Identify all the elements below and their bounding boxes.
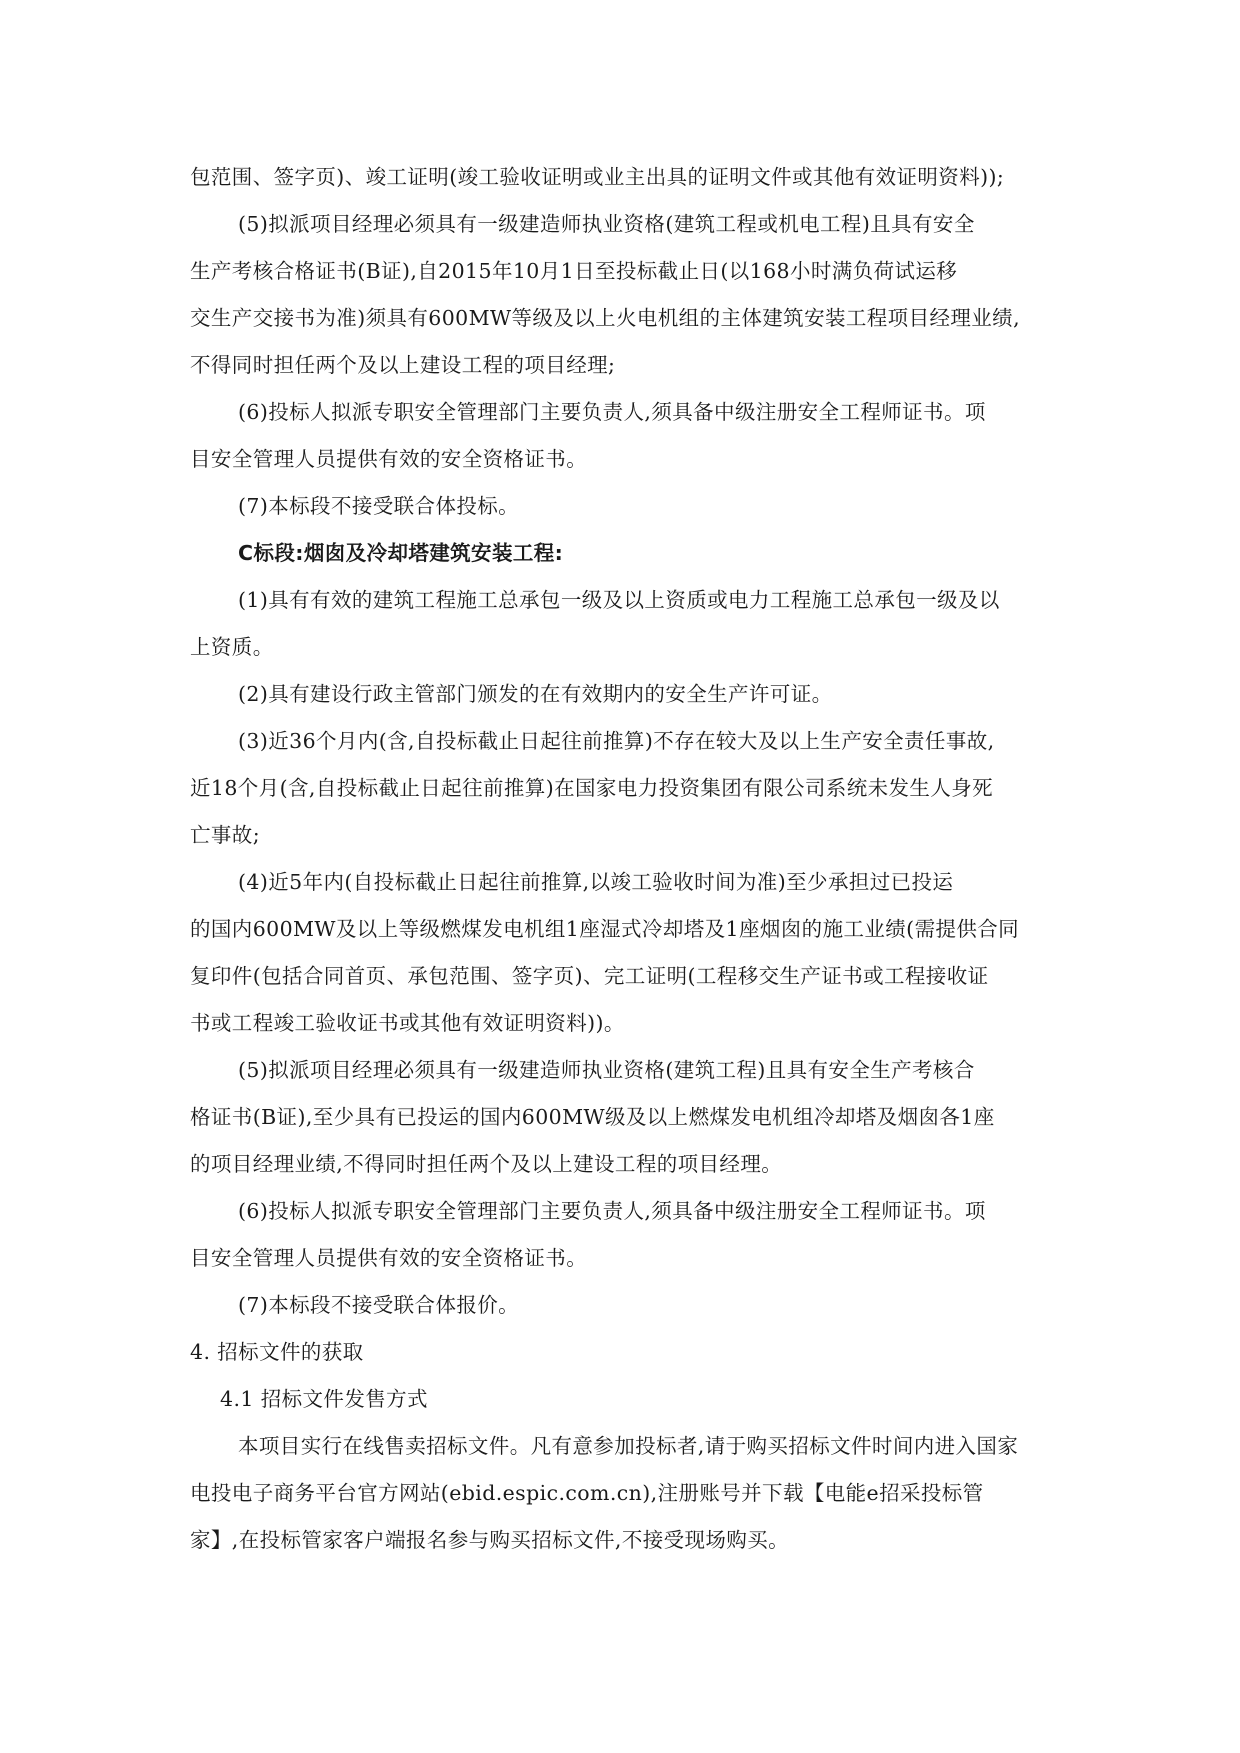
text-line: 上资质。	[190, 630, 1058, 677]
document-page: 包范围、签字页)、竣工证明(竣工验收证明或业主出具的证明文件或其他有效证明资料)…	[190, 160, 1058, 1570]
section-heading-c: C标段:烟囱及冷却塔建筑安装工程:	[190, 536, 1058, 583]
text-line: 家】,在投标管家客户端报名参与购买招标文件,不接受现场购买。	[190, 1523, 1058, 1570]
text-line: (5)拟派项目经理必须具有一级建造师执业资格(建筑工程)且具有安全生产考核合	[190, 1053, 1058, 1100]
text-line: 目安全管理人员提供有效的安全资格证书。	[190, 442, 1058, 489]
text-line: 格证书(B证),至少具有已投运的国内600MW级及以上燃煤发电机组冷却塔及烟囱各…	[190, 1100, 1058, 1147]
text-line: 电投电子商务平台官方网站(ebid.espic.com.cn),注册账号并下载【…	[190, 1476, 1058, 1523]
text-line: (1)具有有效的建筑工程施工总承包一级及以上资质或电力工程施工总承包一级及以	[190, 583, 1058, 630]
text-line: (6)投标人拟派专职安全管理部门主要负责人,须具备中级注册安全工程师证书。项	[190, 1194, 1058, 1241]
text-line: (2)具有建设行政主管部门颁发的在有效期内的安全生产许可证。	[190, 677, 1058, 724]
text-line: 近18个月(含,自投标截止日起往前推算)在国家电力投资集团有限公司系统未发生人身…	[190, 771, 1058, 818]
text-line: 的国内600MW及以上等级燃煤发电机组1座湿式冷却塔及1座烟囱的施工业绩(需提供…	[190, 912, 1058, 959]
text-line: (5)拟派项目经理必须具有一级建造师执业资格(建筑工程或机电工程)且具有安全	[190, 207, 1058, 254]
text-line: (7)本标段不接受联合体报价。	[190, 1288, 1058, 1335]
subsection-heading-4-1: 4.1 招标文件发售方式	[190, 1382, 1058, 1429]
text-line: 本项目实行在线售卖招标文件。凡有意参加投标者,请于购买招标文件时间内进入国家	[190, 1429, 1058, 1476]
text-line: 复印件(包括合同首页、承包范围、签字页)、完工证明(工程移交生产证书或工程接收证	[190, 959, 1058, 1006]
text-line: 生产考核合格证书(B证),自2015年10月1日至投标截止日(以168小时满负荷…	[190, 254, 1058, 301]
text-line: 的项目经理业绩,不得同时担任两个及以上建设工程的项目经理。	[190, 1147, 1058, 1194]
text-line: (6)投标人拟派专职安全管理部门主要负责人,须具备中级注册安全工程师证书。项	[190, 395, 1058, 442]
text-line: (3)近36个月内(含,自投标截止日起往前推算)不存在较大及以上生产安全责任事故…	[190, 724, 1058, 771]
text-line: 不得同时担任两个及以上建设工程的项目经理;	[190, 348, 1058, 395]
text-line: 亡事故;	[190, 818, 1058, 865]
text-line: 书或工程竣工验收证书或其他有效证明资料))。	[190, 1006, 1058, 1053]
text-line: 交生产交接书为准)须具有600MW等级及以上火电机组的主体建筑安装工程项目经理业…	[190, 301, 1058, 348]
section-heading-4: 4. 招标文件的获取	[190, 1335, 1058, 1382]
text-line: 目安全管理人员提供有效的安全资格证书。	[190, 1241, 1058, 1288]
text-line: (4)近5年内(自投标截止日起往前推算,以竣工验收时间为准)至少承担过已投运	[190, 865, 1058, 912]
text-line: (7)本标段不接受联合体投标。	[190, 489, 1058, 536]
text-line: 包范围、签字页)、竣工证明(竣工验收证明或业主出具的证明文件或其他有效证明资料)…	[190, 160, 1058, 207]
